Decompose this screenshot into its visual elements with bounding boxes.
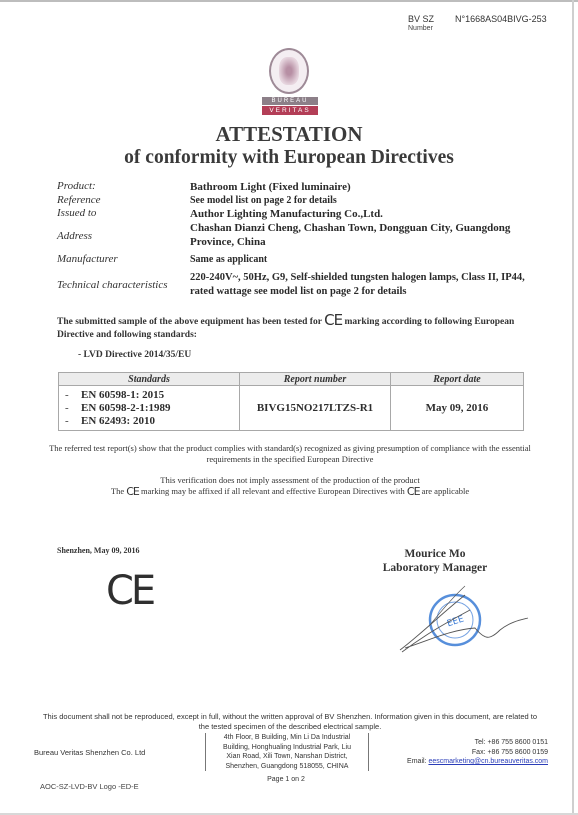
info-value: Bathroom Light (Fixed luminaire) xyxy=(190,180,530,194)
marking-note: The CE marking may be affixed if all rel… xyxy=(40,486,540,497)
info-label: Reference xyxy=(57,194,101,206)
signer-title: Laboratory Manager xyxy=(370,562,500,574)
report-number-cell: BIVG15NO217LTZS-R1 xyxy=(240,386,391,431)
directive-line: - LVD Directive 2014/35/EU xyxy=(78,350,191,360)
signature-stamp-icon: EEE xyxy=(380,580,530,660)
ref-sublabel: Number xyxy=(408,24,448,34)
info-label: Technical characteristics xyxy=(57,279,168,291)
place-date: Shenzhen, May 09, 2016 xyxy=(57,546,139,555)
info-label: Manufacturer xyxy=(57,253,118,265)
signer-name: Mourice Mo xyxy=(380,548,490,560)
tested-text-before: The submitted sample of the above equipm… xyxy=(57,317,322,327)
logo-bureau-band: BUREAU xyxy=(262,97,318,105)
info-value: Author Lighting Manufacturing Co.,Ltd. xyxy=(190,207,530,221)
ce-mark-icon: CE xyxy=(407,485,420,498)
page-edge-top xyxy=(0,0,578,2)
standard-item: -EN 62493: 2010 xyxy=(65,415,239,428)
seal-icon xyxy=(269,48,309,94)
footer-contact: Tel: +86 755 8600 0151 Fax: +86 755 8600… xyxy=(380,738,548,767)
tested-statement: The submitted sample of the above equipm… xyxy=(57,314,527,342)
compliance-note: The referred test report(s) show that th… xyxy=(40,443,540,465)
document-code: AOC-SZ-LVD-BV Logo -ED-E xyxy=(40,782,139,791)
header-report-number: Report number xyxy=(240,373,391,386)
bureau-veritas-logo: BUREAU VERITAS xyxy=(262,48,320,118)
info-value: Same as applicant xyxy=(190,253,530,267)
footer-fax: Fax: +86 755 8600 0159 xyxy=(380,748,548,758)
certificate-number: N°1668AS04BIVG-253 xyxy=(455,14,547,24)
email-label: Email: xyxy=(407,758,426,765)
standards-cell: -EN 60598-1: 2015 -EN 60598-2-1:1989 -EN… xyxy=(59,386,240,431)
info-label: Address xyxy=(57,230,92,242)
verification-note: This verification does not imply assessm… xyxy=(40,475,540,486)
ref-label: BV SZ Number xyxy=(408,14,448,34)
standards-table: Standards Report number Report date -EN … xyxy=(58,372,524,431)
footer-tel: Tel: +86 755 8600 0151 xyxy=(380,738,548,748)
header-standards: Standards xyxy=(59,373,240,386)
document-subtitle: of conformity with European Directives xyxy=(0,146,578,170)
ce-mark-icon: CE xyxy=(324,311,342,329)
info-value: Chashan Dianzi Cheng, Chashan Town, Dong… xyxy=(190,221,530,249)
logo-veritas-band: VERITAS xyxy=(262,106,318,115)
email-link[interactable]: eescmarketing@cn.bureauveritas.com xyxy=(428,758,548,765)
document-title: ATTESTATION xyxy=(0,122,578,146)
standard-item: -EN 60598-1: 2015 xyxy=(65,389,239,402)
header-report-date: Report date xyxy=(391,373,524,386)
table-row: -EN 60598-1: 2015 -EN 60598-2-1:1989 -EN… xyxy=(59,386,524,431)
ce-mark-large-icon: CE xyxy=(106,569,153,613)
page-number: Page 1 on 2 xyxy=(205,776,367,783)
disclaimer: This document shall not be reproduced, e… xyxy=(40,712,540,732)
info-value: See model list on page 2 for details xyxy=(190,194,530,208)
info-label: Issued to xyxy=(57,207,96,219)
ce-mark-icon: CE xyxy=(126,485,139,498)
footer-address: 4th Floor, B Building, Min Li Da Industr… xyxy=(205,733,369,771)
standard-item: -EN 60598-2-1:1989 xyxy=(65,402,239,415)
report-date-cell: May 09, 2016 xyxy=(391,386,524,431)
info-label: Product: xyxy=(57,180,96,192)
ref-label-text: BV SZ xyxy=(408,14,448,24)
info-value: 220-240V~, 50Hz, G9, Self-shielded tungs… xyxy=(190,271,530,299)
footer-company: Bureau Veritas Shenzhen Co. Ltd xyxy=(34,748,145,757)
